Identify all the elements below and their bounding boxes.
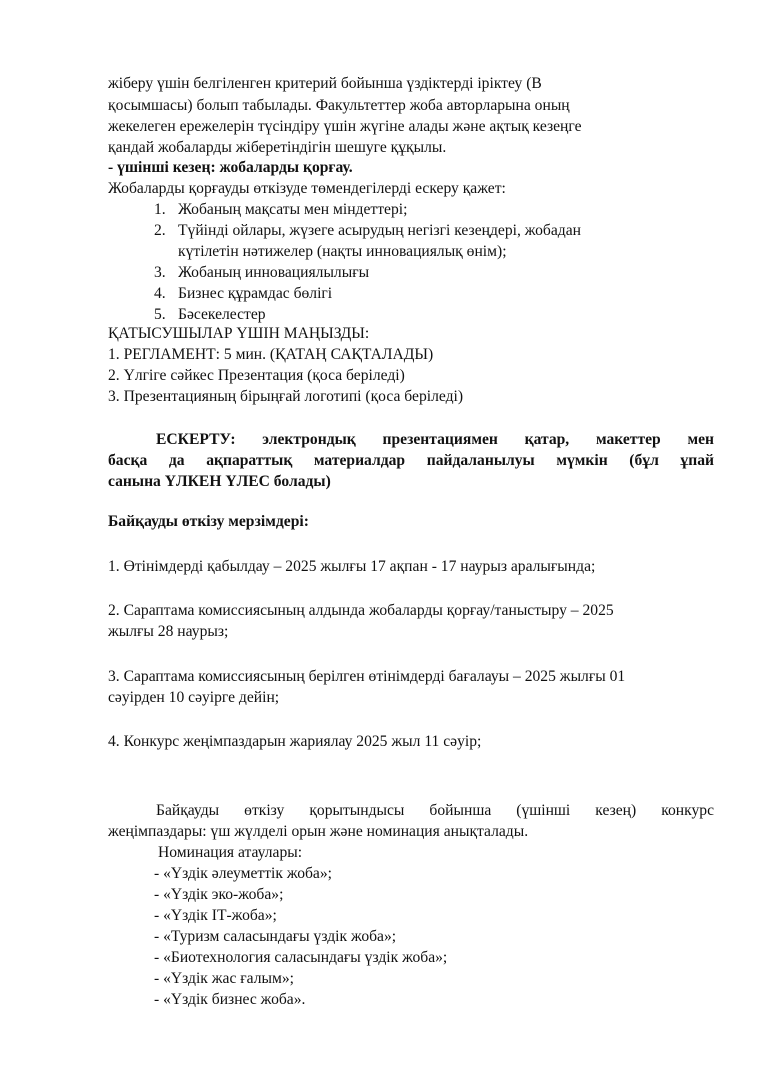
nomination-item: - «Үздік әлеуметтік жоба»;	[154, 864, 332, 883]
nomination-item: - «Туризм саласындағы үздік жоба»;	[154, 927, 396, 946]
deadline-item-continuation: жылғы 28 наурыз;	[108, 622, 228, 641]
deadline-item: 1. Өтінімдерді қабылдау – 2025 жылғы 17 …	[108, 557, 595, 576]
deadlines-heading: Байқауды өткізу мерзімдері:	[108, 512, 309, 531]
defense-item: 5.Бәсекелестер	[154, 305, 266, 324]
list-number: 1.	[154, 200, 178, 219]
defense-item: 4.Бизнес құрамдас бөлігі	[154, 284, 332, 303]
list-text: Жобаның инновациялылығы	[178, 264, 369, 281]
intro-line: қосымшасы) болып табылады. Факультеттер …	[108, 96, 570, 115]
nomination-item: - «Үздік жас ғалым»;	[154, 969, 294, 988]
list-number: 2.	[154, 221, 178, 240]
defense-item: 1.Жобаның мақсаты мен міндеттері;	[154, 200, 407, 219]
results-line: Байқауды өткізу қорытындысы бойынша (үші…	[108, 801, 714, 820]
deadline-item: 2. Сараптама комиссиясының алдында жобал…	[108, 601, 614, 620]
important-item: 2. Үлгіге сәйкес Презентация (қоса беріл…	[108, 366, 405, 385]
nomination-item: - «Үздік эко-жоба»;	[154, 885, 283, 904]
defense-item: 3.Жобаның инновациялылығы	[154, 263, 369, 282]
results-line: жеңімпаздары: үш жүлделі орын және номин…	[108, 822, 528, 841]
nomination-item: - «Үздік ІТ-жоба»;	[154, 906, 277, 925]
list-text: Бәсекелестер	[178, 306, 266, 323]
deadline-item: 4. Конкурс жеңімпаздарын жариялау 2025 ж…	[108, 732, 481, 751]
nominations-heading: Номинация атаулары:	[158, 843, 302, 862]
important-item: 3. Презентацияның бірыңғай логотипі (қос…	[108, 387, 463, 406]
nomination-item: - «Биотехнология саласындағы үздік жоба»…	[154, 948, 447, 967]
list-text: Бизнес құрамдас бөлігі	[178, 285, 332, 302]
deadline-item: 3. Сараптама комиссиясының берілген өтін…	[108, 667, 625, 686]
defense-item: 2.Түйінді ойлары, жүзеге асырудың негізг…	[154, 221, 581, 240]
intro-line: жекелеген ережелерін түсіндіру үшін жүгі…	[108, 117, 582, 136]
deadline-item-continuation: сәуірден 10 сәуірге дейін;	[108, 688, 279, 707]
note-line: ЕСКЕРТУ: электрондық презентациямен қата…	[108, 430, 714, 449]
list-text: Жобаның мақсаты мен міндеттері;	[178, 201, 407, 218]
list-text-continuation: күтілетін нәтижелер (нақты инновациялық …	[178, 242, 507, 261]
list-number: 3.	[154, 263, 178, 282]
intro-line: жіберу үшін белгіленген критерий бойынша…	[108, 74, 542, 93]
stage-three-heading: - үшінші кезең: жобаларды қорғау.	[108, 158, 353, 177]
list-text: Түйінді ойлары, жүзеге асырудың негізгі …	[178, 222, 581, 239]
defense-intro: Жобаларды қорғауды өткізуде төмендегілер…	[108, 179, 506, 198]
important-heading: ҚАТЫСУШЫЛАР ҮШІН МАҢЫЗДЫ:	[108, 324, 369, 343]
nomination-item: - «Үздік бизнес жоба».	[154, 990, 305, 1009]
note-line: басқа да ақпараттық материалдар пайдалан…	[108, 451, 714, 470]
important-item: 1. РЕГЛАМЕНТ: 5 мин. (ҚАТАҢ САҚТАЛАДЫ)	[108, 345, 433, 364]
note-line: санына ҮЛКЕН ҮЛЕС болады)	[108, 472, 331, 491]
list-number: 4.	[154, 284, 178, 303]
intro-line: қандай жобаларды жіберетіндігін шешуге қ…	[108, 138, 446, 157]
list-number: 5.	[154, 305, 178, 324]
